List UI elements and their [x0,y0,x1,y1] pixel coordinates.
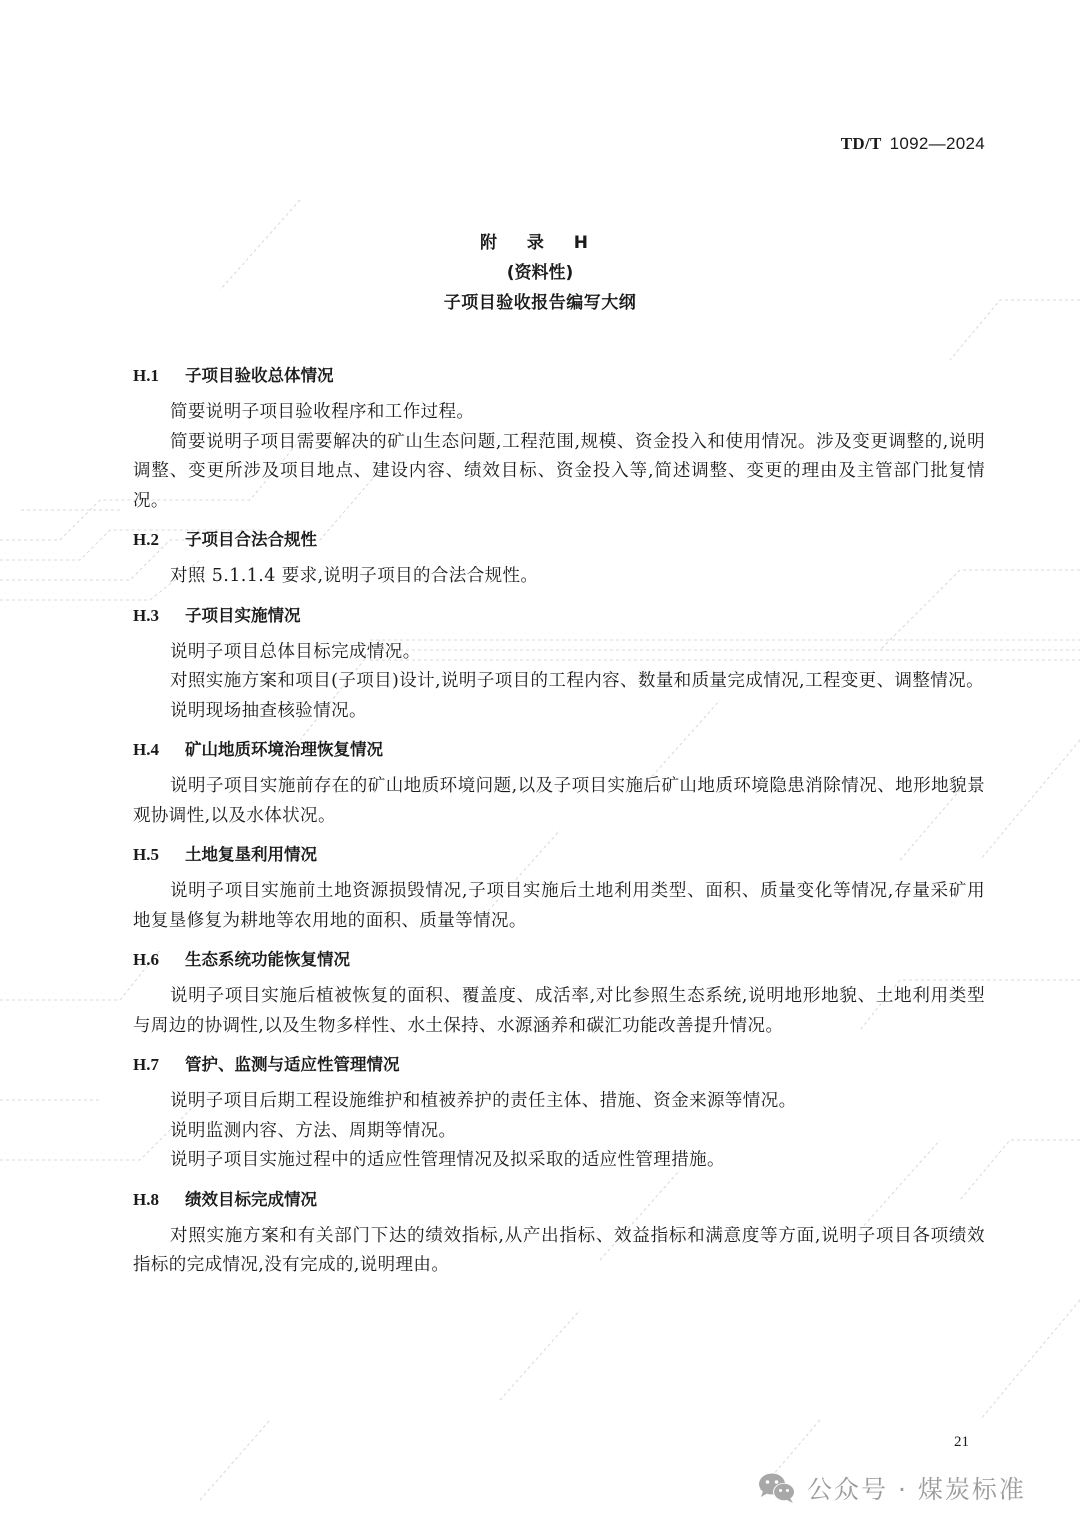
section-heading: H.7管护、监测与适应性管理情况 [133,1051,985,1079]
paragraph: 说明子项目实施前存在的矿山地质环境问题,以及子项目实施后矿山地质环境隐患消除情况… [133,772,985,831]
section-title: 子项目实施情况 [185,606,301,625]
wechat-icon [757,1472,797,1504]
section-heading: H.1子项目验收总体情况 [133,362,985,390]
section-h1: H.1子项目验收总体情况 简要说明子项目验收程序和工作过程。 简要说明子项目需要… [133,362,985,516]
standard-code: TD/T1092—2024 [841,134,985,154]
appendix-nature: (资料性) [0,258,1080,288]
document-body: H.1子项目验收总体情况 简要说明子项目验收程序和工作过程。 简要说明子项目需要… [133,362,985,1281]
section-title: 绩效目标完成情况 [185,1190,317,1209]
paragraph: 简要说明子项目需要解决的矿山生态问题,工程范围,规模、资金投入和使用情况。涉及变… [133,428,985,517]
section-number: H.2 [133,526,185,554]
section-number: H.4 [133,736,185,764]
paragraph: 说明子项目总体目标完成情况。 [133,638,985,668]
section-heading: H.6生态系统功能恢复情况 [133,946,985,974]
section-h2: H.2子项目合法合规性 对照 5.1.1.4 要求,说明子项目的合法合规性。 [133,526,985,592]
appendix-label: 附 录 H [0,228,1080,258]
paragraph: 说明子项目后期工程设施维护和植被养护的责任主体、措施、资金来源等情况。 [133,1087,985,1117]
section-h7: H.7管护、监测与适应性管理情况 说明子项目后期工程设施维护和植被养护的责任主体… [133,1051,985,1176]
section-title: 管护、监测与适应性管理情况 [185,1055,400,1074]
section-number: H.1 [133,362,185,390]
document-page: TD/T1092—2024 附 录 H (资料性) 子项目验收报告编写大纲 H.… [0,0,1080,1528]
section-title: 子项目验收总体情况 [185,366,334,385]
paragraph: 简要说明子项目验收程序和工作过程。 [133,398,985,428]
wechat-watermark: 公众号 · 煤炭标准 [757,1470,1026,1506]
section-h6: H.6生态系统功能恢复情况 说明子项目实施后植被恢复的面积、覆盖度、成活率,对比… [133,946,985,1041]
standard-number: 1092—2024 [890,134,985,153]
standard-prefix: TD/T [841,134,882,153]
section-heading: H.2子项目合法合规性 [133,526,985,554]
section-heading: H.8绩效目标完成情况 [133,1186,985,1214]
section-h8: H.8绩效目标完成情况 对照实施方案和有关部门下达的绩效指标,从产出指标、效益指… [133,1186,985,1281]
appendix-title: 子项目验收报告编写大纲 [0,288,1080,318]
watermark-text: 公众号 · 煤炭标准 [807,1470,1026,1506]
section-title: 矿山地质环境治理恢复情况 [185,740,383,759]
section-heading: H.4矿山地质环境治理恢复情况 [133,736,985,764]
section-h3: H.3子项目实施情况 说明子项目总体目标完成情况。 对照实施方案和项目(子项目)… [133,602,985,727]
section-h5: H.5土地复垦利用情况 说明子项目实施前土地资源损毁情况,子项目实施后土地利用类… [133,841,985,936]
appendix-heading: 附 录 H (资料性) 子项目验收报告编写大纲 [0,228,1080,318]
section-number: H.3 [133,602,185,630]
paragraph: 说明子项目实施前土地资源损毁情况,子项目实施后土地利用类型、面积、质量变化等情况… [133,877,985,936]
paragraph: 说明现场抽查核验情况。 [133,697,985,727]
paragraph: 说明监测内容、方法、周期等情况。 [133,1117,985,1147]
paragraph: 对照 5.1.1.4 要求,说明子项目的合法合规性。 [133,562,985,592]
paragraph: 对照实施方案和有关部门下达的绩效指标,从产出指标、效益指标和满意度等方面,说明子… [133,1222,985,1281]
section-number: H.7 [133,1051,185,1079]
section-number: H.5 [133,841,185,869]
section-h4: H.4矿山地质环境治理恢复情况 说明子项目实施前存在的矿山地质环境问题,以及子项… [133,736,985,831]
section-heading: H.5土地复垦利用情况 [133,841,985,869]
paragraph: 说明子项目实施过程中的适应性管理情况及拟采取的适应性管理措施。 [133,1146,985,1176]
page-number: 21 [954,1434,969,1451]
section-title: 生态系统功能恢复情况 [185,950,350,969]
section-title: 子项目合法合规性 [185,530,317,549]
section-number: H.6 [133,946,185,974]
paragraph: 对照实施方案和项目(子项目)设计,说明子项目的工程内容、数量和质量完成情况,工程… [133,667,985,697]
paragraph: 说明子项目实施后植被恢复的面积、覆盖度、成活率,对比参照生态系统,说明地形地貌、… [133,982,985,1041]
section-number: H.8 [133,1186,185,1214]
section-heading: H.3子项目实施情况 [133,602,985,630]
section-title: 土地复垦利用情况 [185,845,317,864]
